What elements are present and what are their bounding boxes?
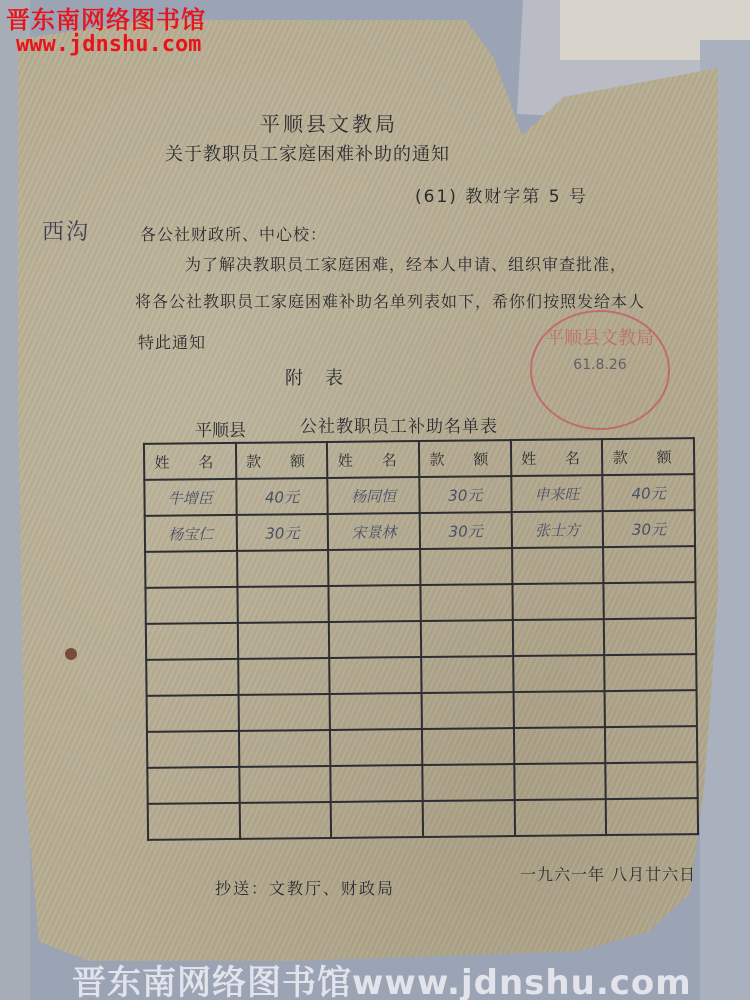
table-row <box>148 798 698 840</box>
header-name-2: 姓 名 <box>327 441 419 478</box>
cell-amount <box>605 690 697 727</box>
cell-amount <box>239 730 331 767</box>
cell-amount <box>422 728 514 765</box>
margin-annotation: 西沟 <box>42 215 90 246</box>
cell-name <box>514 799 606 836</box>
cell-amount <box>238 694 330 731</box>
cell-name <box>512 619 604 656</box>
cell-name <box>513 655 605 692</box>
header-amount-3: 款 额 <box>602 438 694 475</box>
header-amount-1: 款 额 <box>236 442 328 479</box>
appendix-label: 附表 <box>285 364 365 390</box>
header-name-3: 姓 名 <box>511 439 603 476</box>
cell-amount <box>237 586 329 623</box>
subsidy-roster-table: 姓 名 款 额 姓 名 款 额 姓 名 款 额 牛增臣40元杨同恒30元申来旺4… <box>143 437 699 841</box>
cell-name <box>512 583 604 620</box>
cell-name <box>147 767 239 804</box>
cell-amount <box>422 764 514 801</box>
cell-amount <box>423 800 515 837</box>
cell-amount <box>421 620 513 657</box>
cell-name <box>329 585 421 622</box>
cc-line: 抄送：文教厅、财政局 <box>215 876 395 899</box>
cell-name <box>147 695 239 732</box>
official-seal: 平顺县文教局 61.8.26 <box>530 310 670 430</box>
table-title: 公社教职员工补助名单表 <box>300 412 498 437</box>
watermark-library-name: 晋东南网络图书馆 <box>6 0 206 35</box>
table-row: 牛增臣40元杨同恒30元申来旺40元 <box>144 474 694 516</box>
cell-amount <box>237 550 329 587</box>
cell-name <box>328 549 420 586</box>
cell-name <box>512 547 604 584</box>
cell-amount <box>606 798 698 835</box>
body-line-2: 将各公社教职员工家庭困难补助名单列表如下，希你们按照发给本人 <box>135 289 645 312</box>
cell-name <box>330 693 422 730</box>
cell-amount <box>604 582 696 619</box>
cell-name: 宋景林 <box>328 513 420 550</box>
seal-text: 平顺县文教局 <box>546 328 654 349</box>
table-row <box>147 726 697 768</box>
cell-name <box>514 763 606 800</box>
cell-amount <box>239 802 331 839</box>
cell-amount: 30元 <box>420 512 512 549</box>
cell-name: 杨同恒 <box>328 477 420 514</box>
document-title: 关于教职员工家庭困难补助的通知 <box>165 140 450 166</box>
issuer-heading: 平顺县文教局 <box>260 108 398 137</box>
cell-name <box>513 691 605 728</box>
table-row <box>145 582 695 624</box>
cell-amount <box>238 658 330 695</box>
document-date: 一九六一年 八月廿六日 <box>520 862 696 885</box>
body-line-1: 为了解决教职员工家庭困难，经本人申请、组织审查批准， <box>185 252 627 275</box>
cell-name <box>145 551 237 588</box>
cell-amount <box>239 766 331 803</box>
watermark-bottom: 晋东南网络图书馆www.jdnshu.com <box>72 955 692 1000</box>
cell-name <box>514 727 606 764</box>
cell-name <box>147 731 239 768</box>
cell-amount: 30元 <box>236 514 328 551</box>
cell-amount <box>422 692 514 729</box>
cell-amount: 40元 <box>603 474 695 511</box>
cell-name: 牛增臣 <box>144 479 236 516</box>
table-row <box>147 762 697 804</box>
cell-amount <box>237 622 329 659</box>
watermark-url: www.jdnshu.com <box>16 32 201 57</box>
body-line-3: 特此通知 <box>138 330 206 353</box>
cell-amount <box>606 762 698 799</box>
cell-name <box>145 587 237 624</box>
table-row <box>146 654 696 696</box>
cell-amount: 30元 <box>419 476 511 513</box>
cell-name <box>146 659 238 696</box>
table-county: 平顺县 <box>195 416 246 441</box>
cell-name <box>146 623 238 660</box>
header-amount-2: 款 额 <box>419 440 511 477</box>
cell-name <box>331 801 423 838</box>
cell-name <box>329 621 421 658</box>
cell-amount <box>420 548 512 585</box>
cell-amount: 30元 <box>603 510 695 547</box>
table-row: 杨宝仁30元宋景林30元张士方30元 <box>145 510 695 552</box>
cell-name: 张士方 <box>511 511 603 548</box>
document-number: (61) 教财字第 5 号 <box>415 182 588 207</box>
cell-amount: 40元 <box>236 478 328 515</box>
table-row <box>147 690 697 732</box>
cell-name <box>331 765 423 802</box>
cell-name: 申来旺 <box>511 475 603 512</box>
table-row <box>145 546 695 588</box>
table-row <box>146 618 696 660</box>
cell-amount <box>420 584 512 621</box>
cell-amount <box>421 656 513 693</box>
cell-amount <box>604 654 696 691</box>
seal-date: 61.8.26 <box>532 352 668 378</box>
cell-name <box>330 729 422 766</box>
cell-amount <box>603 546 695 583</box>
header-name-1: 姓 名 <box>144 443 236 480</box>
table-header-row: 姓 名 款 额 姓 名 款 额 姓 名 款 额 <box>144 438 694 480</box>
cell-amount <box>605 726 697 763</box>
cell-name: 杨宝仁 <box>145 515 237 552</box>
cell-amount <box>604 618 696 655</box>
salutation: 各公社财政所、中心校： <box>140 222 327 245</box>
pin-hole-mark <box>65 648 77 660</box>
cell-name <box>330 657 422 694</box>
cell-name <box>148 803 240 840</box>
